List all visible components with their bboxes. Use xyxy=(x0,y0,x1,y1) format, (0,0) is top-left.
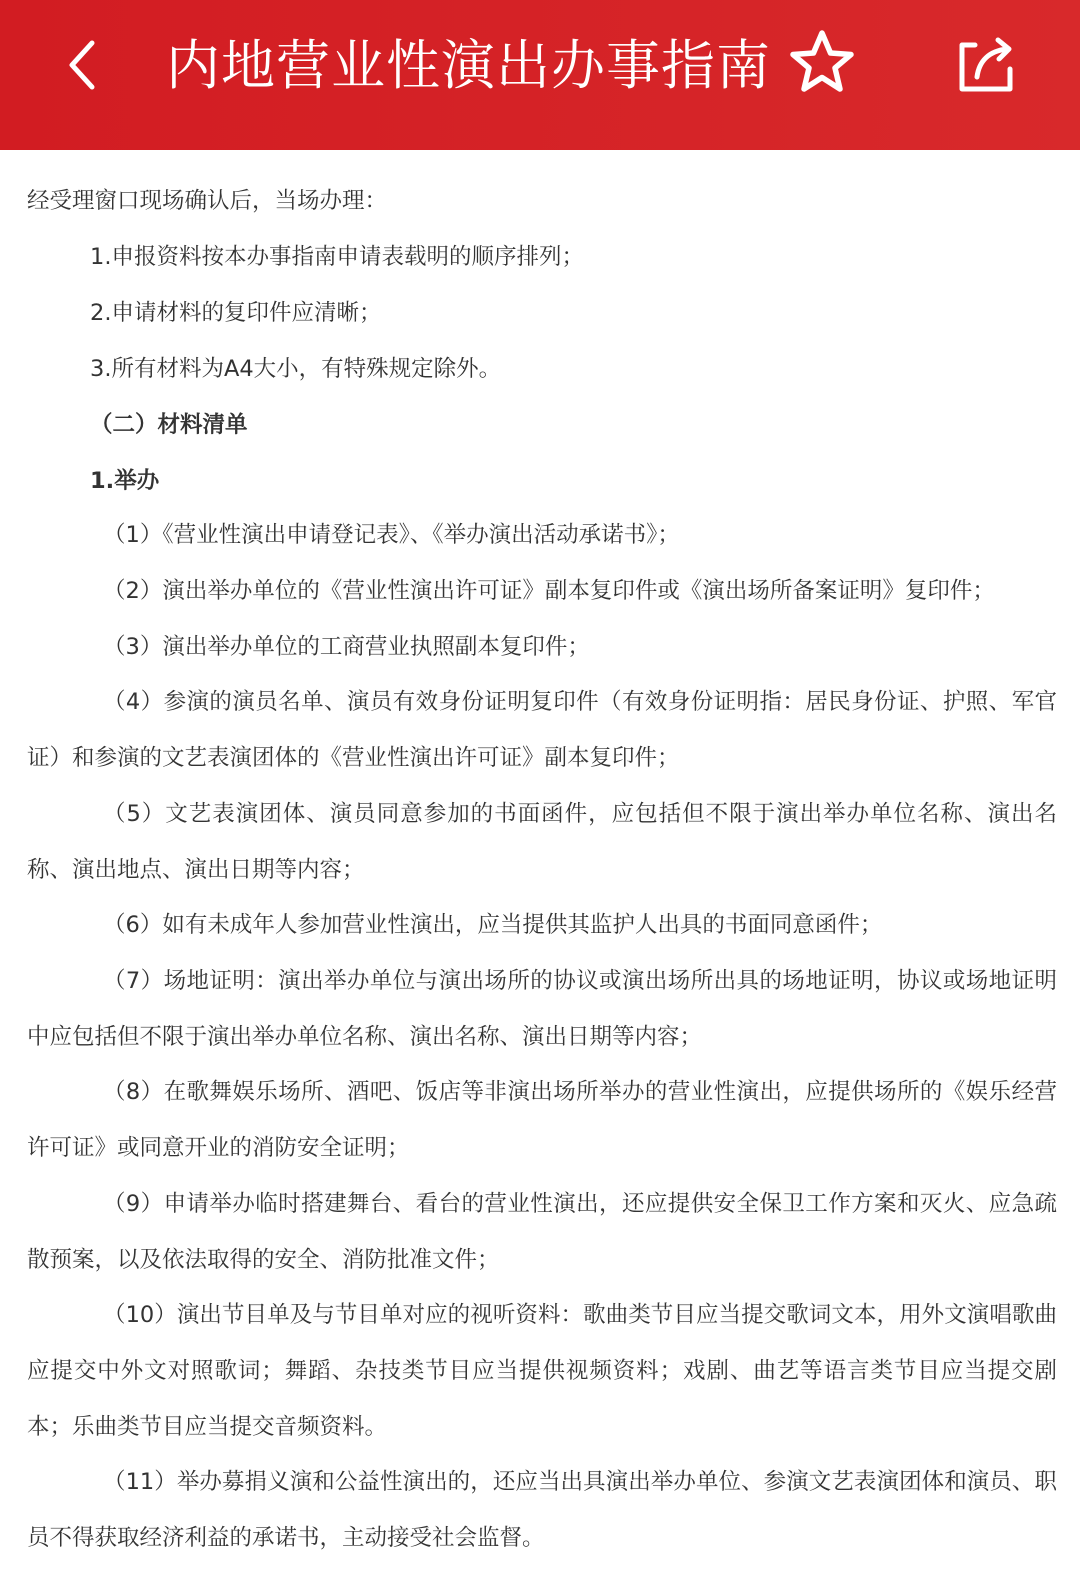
guide-page: 内地营业性演出办事指南 除当面提交外，申请材料可通过信函、传真、电子政务等途径提… xyxy=(0,0,1080,1586)
page-title: 内地营业性演出办事指南 xyxy=(166,28,771,104)
subsection-heading: 1.举办 xyxy=(90,466,1080,496)
intro-line: 经受理窗口现场确认后，当场办理： xyxy=(27,186,1080,216)
material-item: （7）场地证明：演出举办单位与演出场所的协议或演出场所出具的场地证明，协议或场地… xyxy=(27,953,1057,1065)
material-item: （5）文艺表演团体、演员同意参加的书面函件，应包括但不限于演出举办单位名称、演出… xyxy=(27,786,1057,898)
material-item: （6）如有未成年人参加营业性演出，应当提供其监护人出具的书面同意函件； xyxy=(27,897,1057,953)
requirement-item: 3.所有材料为A4大小，有特殊规定除外。 xyxy=(90,354,1080,384)
section-heading: （二）材料清单 xyxy=(90,410,1080,440)
material-item: （10）演出节目单及与节目单对应的视听资料：歌曲类节目应当提交歌词文本，用外文演… xyxy=(27,1287,1057,1455)
requirement-item: 1.申报资料按本办事指南申请表载明的顺序排列； xyxy=(90,242,1080,272)
star-outline-icon xyxy=(787,27,857,97)
material-item: （8）在歌舞娱乐场所、酒吧、饭店等非演出场所举办的营业性演出，应提供场所的《娱乐… xyxy=(27,1064,1057,1176)
favorite-button[interactable] xyxy=(786,26,858,98)
material-item: （9）申请举办临时搭建舞台、看台的营业性演出，还应提供安全保卫工作方案和灭火、应… xyxy=(27,1176,1057,1288)
share-button[interactable] xyxy=(950,28,1022,100)
requirement-item: 2.申请材料的复印件应清晰； xyxy=(90,298,1080,328)
material-item: （11）举办募捐义演和公益性演出的，还应当出具演出举办单位、参演文艺表演团体和演… xyxy=(27,1454,1057,1566)
material-item: （2）演出举办单位的《营业性演出许可证》副本复印件或《演出场所备案证明》复印件； xyxy=(27,563,1057,619)
back-button[interactable] xyxy=(52,30,112,100)
material-item: （4）参演的演员名单、演员有效身份证明复印件（有效身份证明指：居民身份证、护照、… xyxy=(27,674,1057,786)
material-item: （3）演出举办单位的工商营业执照副本复印件； xyxy=(27,619,1057,675)
chevron-left-icon xyxy=(62,37,102,93)
material-item: （1）《营业性演出申请登记表》、《举办演出活动承诺书》； xyxy=(27,507,1057,563)
app-header: 内地营业性演出办事指南 xyxy=(0,0,1080,150)
share-icon xyxy=(953,31,1019,97)
